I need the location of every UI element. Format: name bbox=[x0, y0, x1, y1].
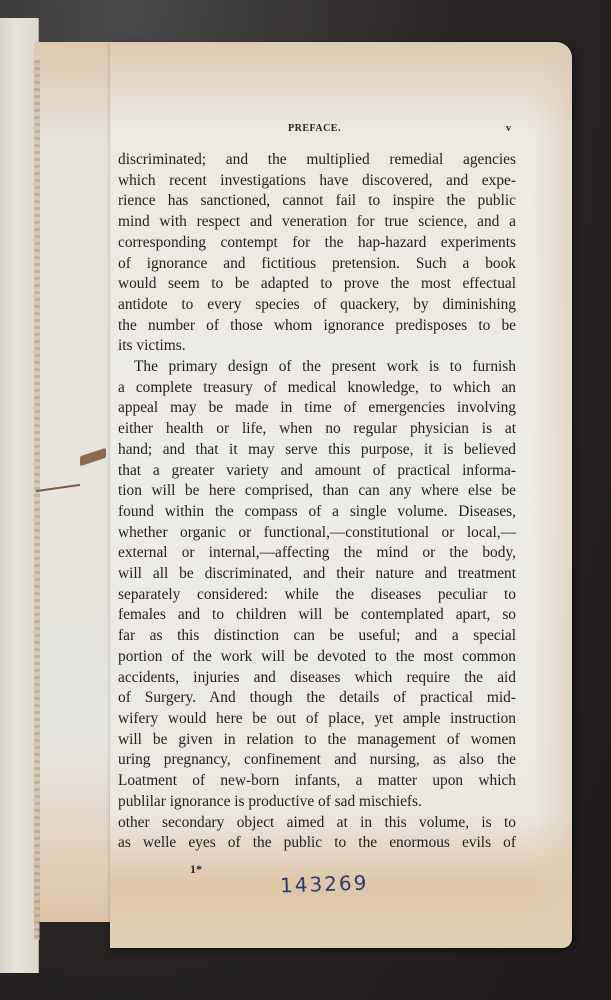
text-line: uring pregnancy, confinement and nursing… bbox=[118, 750, 516, 771]
text-line: publilar ignorance is productive of sad … bbox=[118, 792, 516, 813]
text-line: external or internal,—affecting the mind… bbox=[118, 543, 516, 564]
text-line: far as this distinction can be useful; a… bbox=[118, 626, 516, 647]
text-line: of ignorance and fictitious pretension. … bbox=[118, 254, 516, 275]
text-line: females and to children will be contempl… bbox=[118, 605, 516, 626]
text-line: separately considered: while the disease… bbox=[118, 585, 516, 606]
text-line: accidents, injuries and diseases which r… bbox=[118, 668, 516, 689]
gutter-stain bbox=[34, 60, 40, 940]
text-line: that a greater variety and amount of pra… bbox=[118, 461, 516, 482]
body-text: discriminated; and the multiplied remedi… bbox=[118, 150, 516, 854]
text-line: whether organic or functional,—constitut… bbox=[118, 523, 516, 544]
text-line: tion will be here comprised, than can an… bbox=[118, 481, 516, 502]
text-line: either health or life, when no regular p… bbox=[118, 419, 516, 440]
text-line: rience has sanctioned, cannot fail to in… bbox=[118, 191, 516, 212]
text-line: the number of those whom ignorance predi… bbox=[118, 316, 516, 337]
text-line: mind with respect and veneration for tru… bbox=[118, 212, 516, 233]
signature-mark: 1* bbox=[190, 862, 202, 877]
text-line: will all be discriminated, and their nat… bbox=[118, 564, 516, 585]
text-line: of Surgery. And though the details of pr… bbox=[118, 688, 516, 709]
text-line: a complete treasury of medical knowledge… bbox=[118, 378, 516, 399]
text-line: The primary design of the present work i… bbox=[118, 357, 516, 378]
text-line: as welle eyes of the public to the enorm… bbox=[118, 833, 516, 854]
text-line: antidote to every species of quackery, b… bbox=[118, 295, 516, 316]
text-line: found within the compass of a single vol… bbox=[118, 502, 516, 523]
book-page: PREFACE. v discriminated; and the multip… bbox=[110, 42, 572, 948]
text-line: portion of the work will be devoted to t… bbox=[118, 647, 516, 668]
handwritten-accession-number: 143269 bbox=[280, 870, 369, 897]
text-line: its victims. bbox=[118, 336, 516, 357]
text-line: hand; and that it may serve this purpose… bbox=[118, 440, 516, 461]
text-line: will be given in relation to the managem… bbox=[118, 730, 516, 751]
text-line: other secondary object aimed at in this … bbox=[118, 813, 516, 834]
page-number: v bbox=[506, 123, 512, 134]
text-line: discriminated; and the multiplied remedi… bbox=[118, 150, 516, 171]
text-line: appeal may be made in time of emergencie… bbox=[118, 398, 516, 419]
text-line: which recent investigations have discove… bbox=[118, 171, 516, 192]
text-line: corresponding contempt for the hap-hazar… bbox=[118, 233, 516, 254]
text-line: Loatment of new-born infants, a matter u… bbox=[118, 771, 516, 792]
text-line: would seem to be adapted to prove the mo… bbox=[118, 274, 516, 295]
text-line: wifery would here be out of place, yet a… bbox=[118, 709, 516, 730]
section-title: PREFACE. bbox=[288, 123, 341, 134]
